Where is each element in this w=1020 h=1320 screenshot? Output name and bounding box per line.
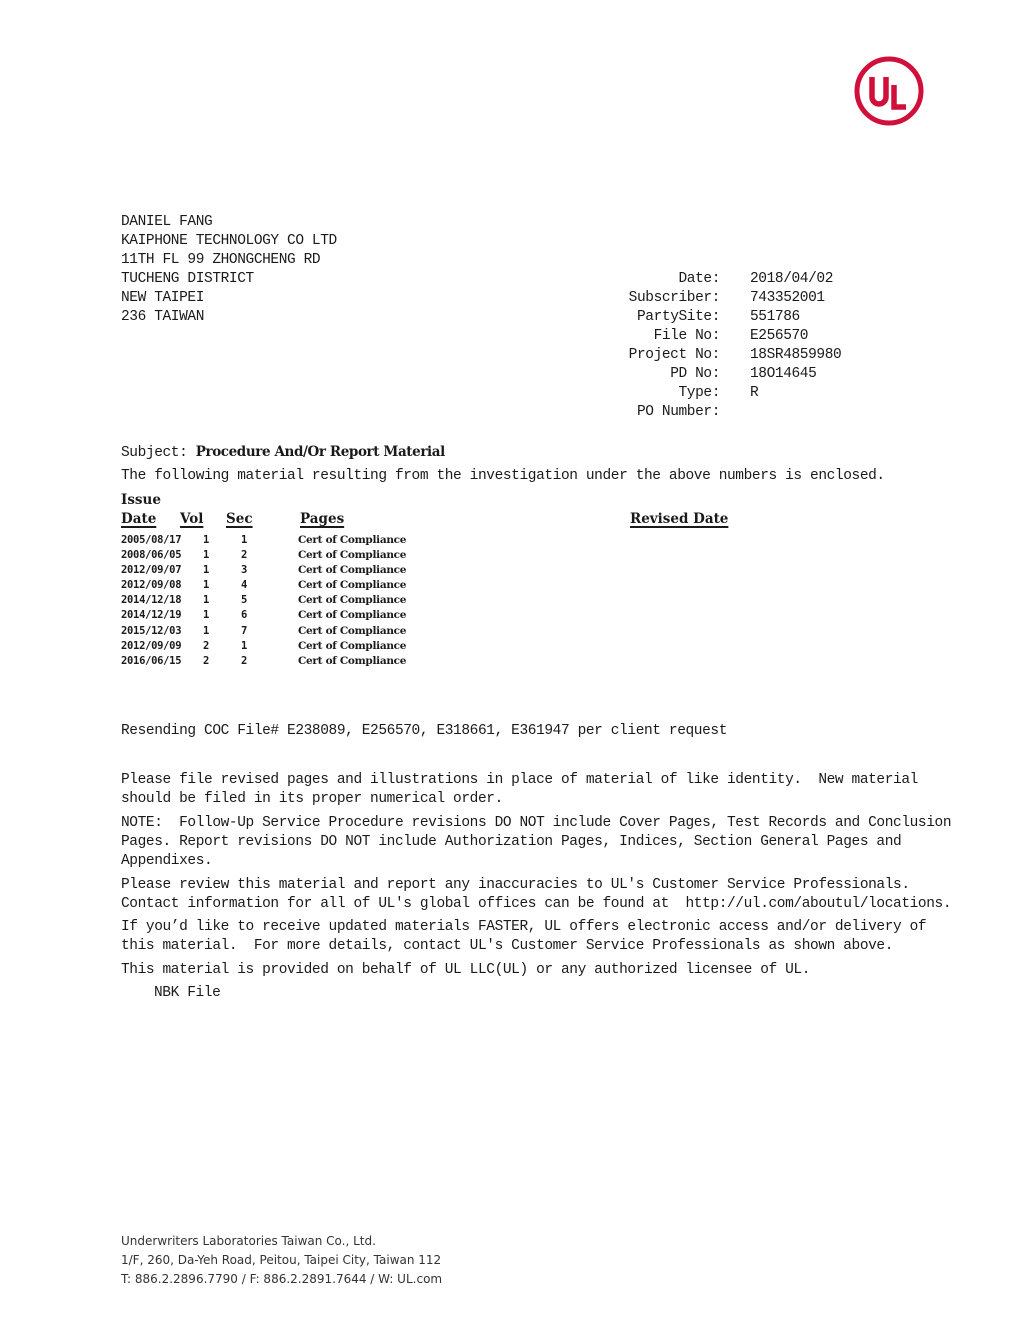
licensee-note: This material is provided on behalf of U…	[121, 961, 971, 980]
meta-file-no: File No:E256570	[600, 327, 841, 346]
col-header-vol: Vol	[180, 511, 203, 527]
reference-block: Date:2018/04/02 Subscriber:743352001 Par…	[600, 270, 841, 422]
footer-contact: T: 886.2.2896.7790 / F: 886.2.2891.7644 …	[121, 1270, 442, 1289]
col-header-pages: Pages	[300, 511, 344, 527]
subject-line: Subject: Procedure And/Or Report Materia…	[121, 444, 445, 461]
footer-address: Underwriters Laboratories Taiwan Co., Lt…	[121, 1232, 442, 1289]
recipient-district: TUCHENG DISTRICT	[121, 270, 337, 289]
meta-pd-no: PD No:18O14645	[600, 365, 841, 384]
meta-partysite: PartySite:551786	[600, 308, 841, 327]
subject-label: Subject:	[121, 445, 187, 461]
nbk-file: NBK File	[154, 985, 220, 1001]
filing-instructions: Please file revised pages and illustrati…	[121, 771, 971, 809]
resend-note: Resending COC File# E238089, E256570, E3…	[121, 723, 727, 739]
col-header-date: Date	[121, 511, 156, 527]
footer-street: 1/F, 260, Da-Yeh Road, Peitou, Taipei Ci…	[121, 1251, 442, 1270]
recipient-country: 236 TAIWAN	[121, 308, 337, 327]
meta-type: Type:R	[600, 384, 841, 403]
meta-po-number: PO Number:	[600, 403, 841, 422]
revision-note: NOTE: Follow-Up Service Procedure revisi…	[121, 814, 971, 871]
recipient-street: 11TH FL 99 ZHONGCHENG RD	[121, 251, 337, 270]
electronic-access-note: If you’d like to receive updated materia…	[121, 918, 971, 956]
issue-label: Issue	[121, 492, 161, 508]
meta-date: Date:2018/04/02	[600, 270, 841, 289]
ul-logo	[853, 55, 925, 127]
meta-subscriber: Subscriber:743352001	[600, 289, 841, 308]
col-header-sec: Sec	[226, 511, 253, 527]
recipient-address: DANIEL FANG KAIPHONE TECHNOLOGY CO LTD 1…	[121, 213, 337, 327]
recipient-company: KAIPHONE TECHNOLOGY CO LTD	[121, 232, 337, 251]
col-header-revised-date: Revised Date	[630, 511, 728, 527]
recipient-name: DANIEL FANG	[121, 213, 337, 232]
subject-value: Procedure And/Or Report Material	[196, 444, 445, 460]
intro-text: The following material resulting from th…	[121, 468, 885, 484]
footer-company: Underwriters Laboratories Taiwan Co., Lt…	[121, 1232, 442, 1251]
review-note: Please review this material and report a…	[121, 876, 971, 914]
meta-project-no: Project No:18SR4859980	[600, 346, 841, 365]
recipient-city: NEW TAIPEI	[121, 289, 337, 308]
